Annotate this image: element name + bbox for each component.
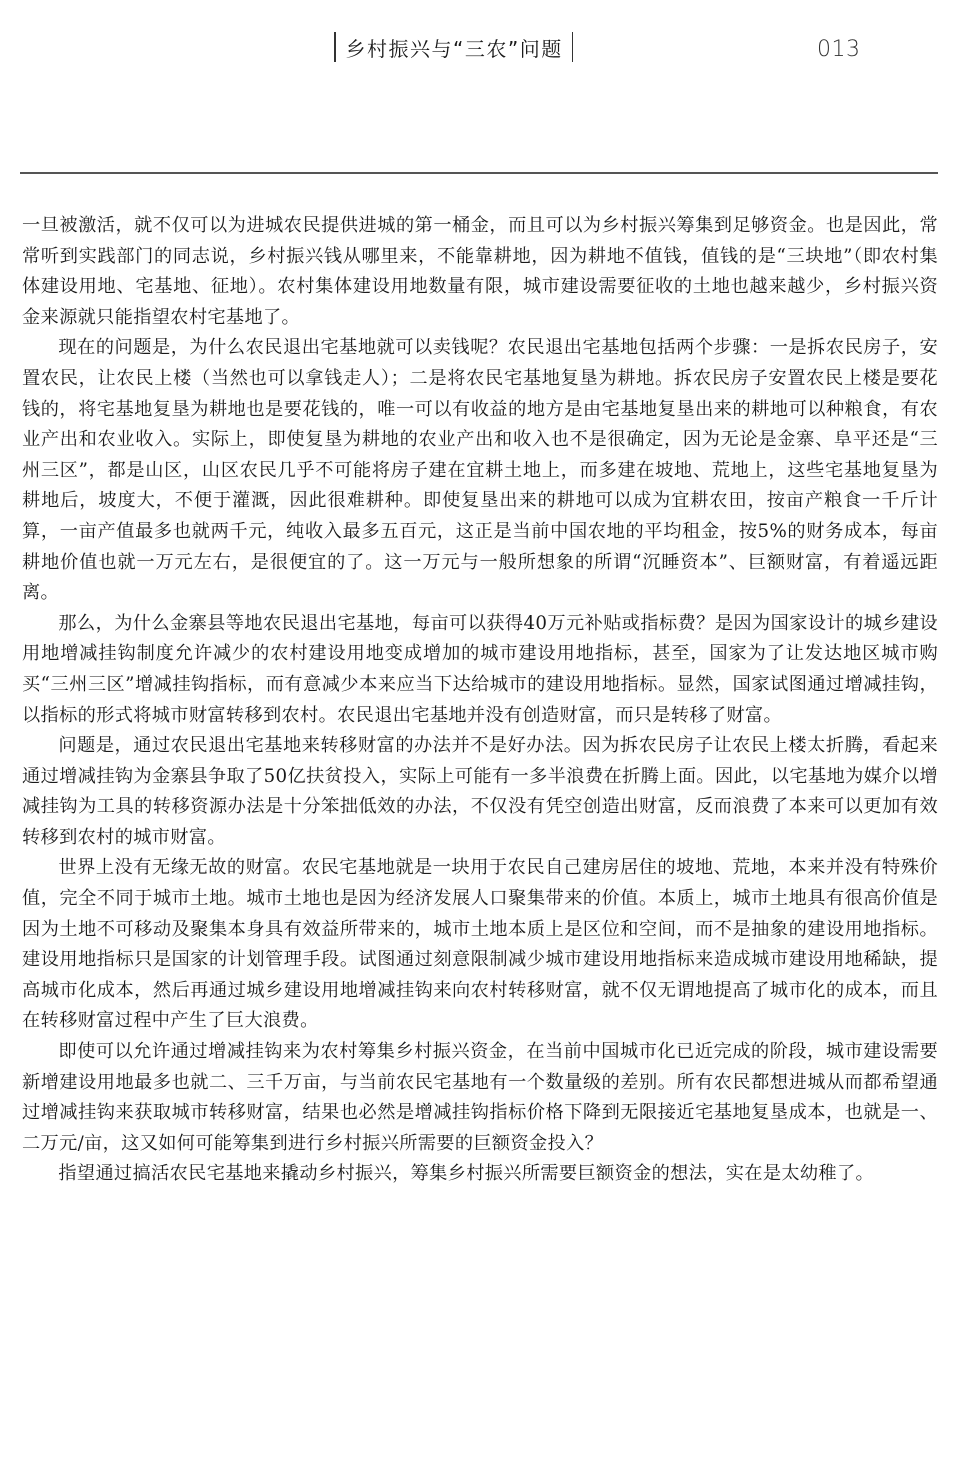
- paragraph-1: 一旦被激活，就不仅可以为进城农民提供进城的第一桶金，而且可以为乡村振兴筹集到足够…: [22, 211, 938, 333]
- running-head: 乡村振兴与“三农”问题: [334, 32, 573, 62]
- paragraph-6: 即使可以允许通过增减挂钩来为农村筹集乡村振兴资金，在当前中国城市化已近完成的阶段…: [22, 1037, 938, 1159]
- paragraph-2: 现在的问题是，为什么农民退出宅基地就可以卖钱呢？农民退出宅基地包括两个步骤：一是…: [22, 333, 938, 608]
- paragraph-7: 指望通过搞活农民宅基地来撬动乡村振兴，筹集乡村振兴所需要巨额资金的想法，实在是太…: [22, 1159, 938, 1190]
- body-text: 一旦被激活，就不仅可以为进城农民提供进城的第一桶金，而且可以为乡村振兴筹集到足够…: [22, 211, 938, 1190]
- paragraph-4: 问题是，通过农民退出宅基地来转移财富的办法并不是好办法。因为拆农民房子让农民上楼…: [22, 731, 938, 853]
- running-head-title: 乡村振兴与“三农”问题: [336, 33, 572, 62]
- header-divider: [20, 172, 938, 174]
- paragraph-5: 世界上没有无缘无故的财富。农民宅基地就是一块用于农民自己建房居住的坡地、荒地，本…: [22, 853, 938, 1037]
- paragraph-3: 那么，为什么金寨县等地农民退出宅基地，每亩可以获得40万元补贴或指标费？是因为国…: [22, 609, 938, 731]
- page-number: 013: [817, 37, 861, 62]
- running-head-right-bar: [572, 32, 574, 62]
